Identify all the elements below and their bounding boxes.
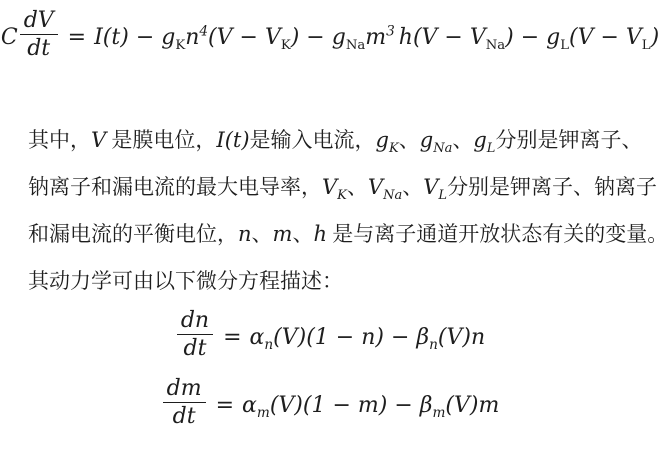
text-run: 其动力学可由以下微分方程描述： [28,269,343,293]
paragraph-line-4: 其动力学可由以下微分方程描述： [28,258,640,305]
minus-sign: − [136,25,154,50]
text-run: 、 [399,128,420,152]
paragraph-line-3: 和漏电流的平衡电位，n、m、h 是与离子通道开放状态有关的变量。 [28,211,640,258]
fraction-dm-dt: dmdt [163,376,206,430]
gating-n-equation: dndt=αn(V)(1 − n)−βn(V)n [0,311,660,365]
fraction-denominator: dt [20,35,58,61]
hh-voltage-equation: CdVdt=I(t)−gKn4(V − VK)−gNam3h(V − VNa)−… [0,11,660,65]
math-subscript: Na [383,188,402,203]
math-token: g [332,25,346,50]
math-subscript: n [429,337,438,353]
minus-sign: − [306,25,324,50]
math-token: (V)n [438,325,485,350]
fraction-denominator: dt [163,403,206,429]
text-run: 是输入电流， [250,128,376,152]
math-token: (V − V [413,25,486,50]
math-subscript: K [175,38,185,53]
math-token: g [376,128,389,152]
math-subscript: L [642,38,651,53]
math-subscript: K [281,38,291,53]
math-subscript: m [432,405,445,421]
paragraph-line-2: 钠离子和漏电流的最大电导率，VK、VNa、VL分别是钾离子、钠离子 [28,164,640,211]
input-current-term: I(t) [94,25,129,50]
math-token: (V − V [569,25,642,50]
math-token: ) [651,25,660,50]
math-token: g [473,128,486,152]
math-token: (V)(1 − m) [270,393,388,418]
text-run: 是膜电位， [106,128,216,152]
text-run: 、 [452,128,473,152]
text-run: 是与离子通道开放状态有关的变量。 [327,222,660,246]
math-token: g [420,128,433,152]
alpha-symbol: α [242,393,257,418]
math-token: V [368,175,383,199]
gating-n-symbol: n [238,222,252,246]
gating-h-symbol: h [313,222,327,246]
fraction-dn-dt: dndt [177,308,213,362]
text-run: 、 [252,222,273,246]
text-run: 和漏电流的平衡电位， [28,222,238,246]
fraction-numerator: dV [20,8,58,35]
math-token: V [423,175,438,199]
equals-sign: = [68,25,86,50]
capacitance-symbol: C [1,25,18,50]
math-subscript: n [264,337,273,353]
paragraph-line-1: 其中，V 是膜电位，I(t)是输入电流，gK、gNa、gL分别是钾离子、 [28,117,640,164]
math-token: n [185,25,199,50]
math-subscript: m [257,405,270,421]
gating-m-equation: dmdt=αm(V)(1 − m)−βm(V)m [0,379,660,433]
fraction-dv-dt: dVdt [20,8,58,62]
minus-sign: − [394,393,412,418]
text-run: 分别是钾离子、 [495,128,642,152]
math-subscript: L [438,188,447,203]
document-page: { "colors": { "background": "#ffffff", "… [0,0,660,453]
input-current-symbol: I(t) [216,128,249,152]
gating-m-symbol: m [273,222,293,246]
text-run: 、 [402,175,423,199]
math-token: V [322,175,337,199]
membrane-voltage-symbol: V [91,128,106,152]
beta-symbol: β [420,393,433,418]
math-token: ) [505,25,514,50]
gating-h-symbol: h [399,25,413,50]
beta-symbol: β [416,325,429,350]
math-subscript: Na [486,38,505,53]
text-run: 、 [292,222,313,246]
text-run: 钠离子和漏电流的最大电导率， [28,175,322,199]
text-run: 、 [347,175,368,199]
math-token: g [546,25,560,50]
math-subscript: K [389,141,399,156]
math-token: (V − V [208,25,281,50]
text-run: 其中， [28,128,91,152]
math-token: g [161,25,175,50]
math-token: m [365,25,386,50]
minus-sign: − [391,325,409,350]
fraction-numerator: dm [163,376,206,403]
math-token: (V)m [445,393,499,418]
math-token: (V)(1 − n) [273,325,384,350]
math-exponent: 4 [199,23,208,39]
equals-sign: = [223,325,241,350]
explanatory-paragraph: 其中，V 是膜电位，I(t)是输入电流，gK、gNa、gL分别是钾离子、 钠离子… [28,117,640,305]
math-exponent: 3 [386,23,395,39]
math-subscript: Na [433,141,452,156]
minus-sign: − [521,25,539,50]
fraction-numerator: dn [177,308,213,335]
text-run: 分别是钾离子、钠离子 [447,175,657,199]
math-subscript: K [337,188,347,203]
equals-sign: = [216,393,234,418]
alpha-symbol: α [250,325,265,350]
fraction-denominator: dt [177,335,213,361]
math-subscript: Na [346,38,365,53]
math-subscript: L [560,38,569,53]
math-token: ) [291,25,300,50]
